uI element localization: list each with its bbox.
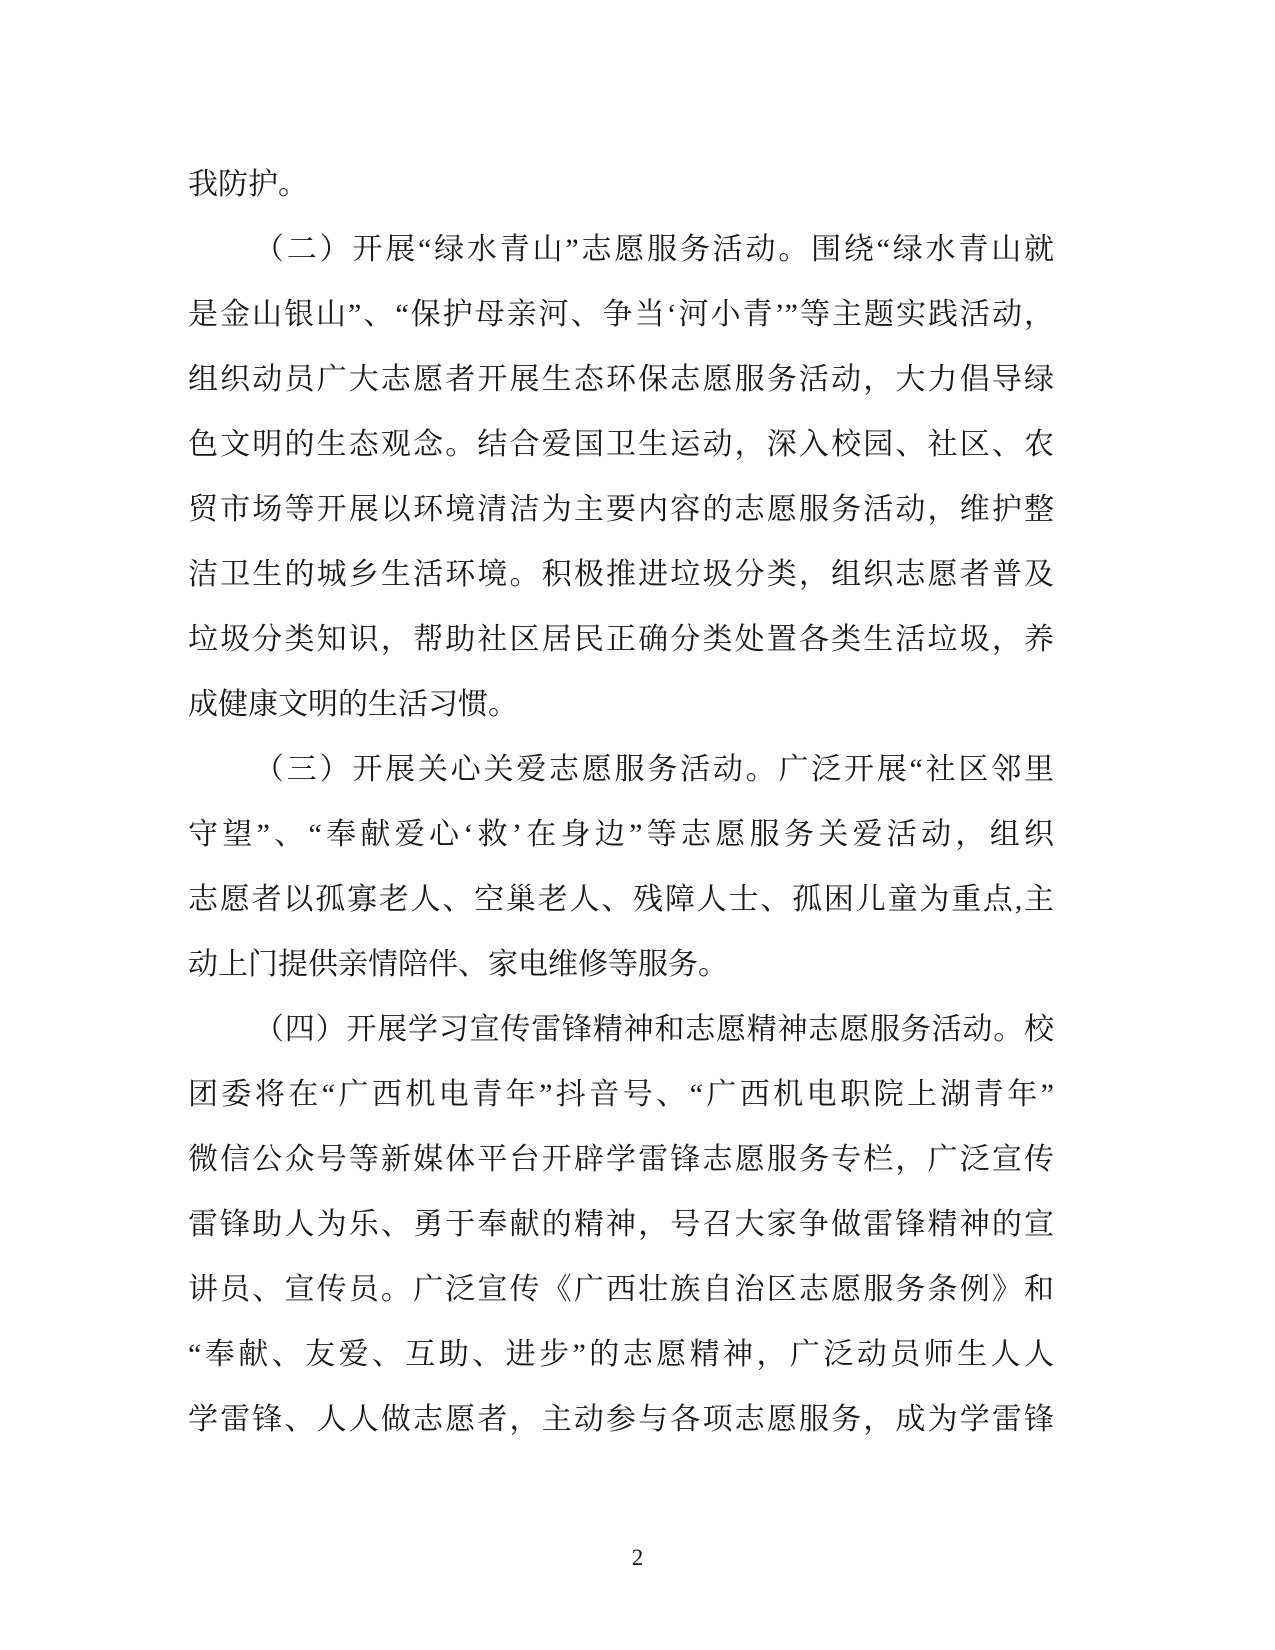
document-page: 我防护。（二）开展“绿水青山”志愿服务活动。围绕“绿水青山就是金山银山”、“保护… — [0, 0, 1275, 1650]
text-line: 我防护。 — [188, 152, 1054, 217]
text-line: 团委将在“广西机电青年”抖音号、“广西机电职院上湖青年” — [188, 1062, 1054, 1127]
document-body: 我防护。（二）开展“绿水青山”志愿服务活动。围绕“绿水青山就是金山银山”、“保护… — [188, 152, 1054, 1452]
text-line: 讲员、宣传员。广泛宣传《广西壮族自治区志愿服务条例》和 — [188, 1257, 1054, 1322]
page-number: 2 — [0, 1543, 1275, 1573]
text-line: 是金山银山”、“保护母亲河、争当‘河小青’”等主题实践活动， — [188, 282, 1054, 347]
text-line: （二）开展“绿水青山”志愿服务活动。围绕“绿水青山就 — [188, 217, 1054, 282]
text-line: 组织动员广大志愿者开展生态环保志愿服务活动，大力倡导绿 — [188, 347, 1054, 412]
text-line: 雷锋助人为乐、勇于奉献的精神，号召大家争做雷锋精神的宣 — [188, 1192, 1054, 1257]
text-line: 微信公众号等新媒体平台开辟学雷锋志愿服务专栏，广泛宣传 — [188, 1127, 1054, 1192]
text-line: “奉献、友爱、互助、进步”的志愿精神，广泛动员师生人人 — [188, 1322, 1054, 1387]
text-line: 贸市场等开展以环境清洁为主要内容的志愿服务活动，维护整 — [188, 477, 1054, 542]
text-line: 守望”、“奉献爱心‘救’在身边”等志愿服务关爱活动，组织 — [188, 802, 1054, 867]
text-line: 成健康文明的生活习惯。 — [188, 672, 1054, 737]
text-line: 学雷锋、人人做志愿者，主动参与各项志愿服务，成为学雷锋 — [188, 1387, 1054, 1452]
text-line: （三）开展关心关爱志愿服务活动。广泛开展“社区邻里 — [188, 737, 1054, 802]
text-line: 动上门提供亲情陪伴、家电维修等服务。 — [188, 932, 1054, 997]
text-line: 垃圾分类知识，帮助社区居民正确分类处置各类生活垃圾，养 — [188, 607, 1054, 672]
text-line: 色文明的生态观念。结合爱国卫生运动，深入校园、社区、农 — [188, 412, 1054, 477]
text-line: 洁卫生的城乡生活环境。积极推进垃圾分类，组织志愿者普及 — [188, 542, 1054, 607]
text-line: 志愿者以孤寡老人、空巢老人、残障人士、孤困儿童为重点,主 — [188, 867, 1054, 932]
text-line: （四）开展学习宣传雷锋精神和志愿精神志愿服务活动。校 — [188, 997, 1054, 1062]
